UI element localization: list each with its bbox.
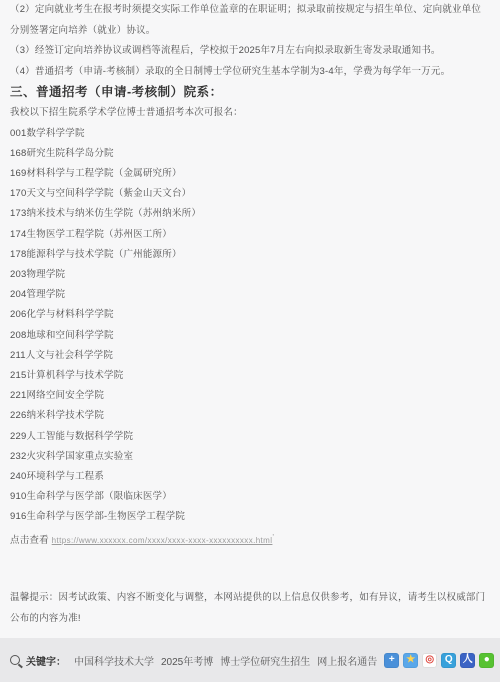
keyword-label: 关键字：	[26, 653, 66, 668]
department-item: 168研究生院科学岛分院	[10, 144, 490, 164]
weibo-icon[interactable]: ◎	[422, 653, 437, 668]
renren-icon[interactable]: 人	[460, 653, 475, 668]
department-item: 206化学与材料科学学院	[10, 305, 490, 325]
department-item: 215计算机科学与技术学院	[10, 366, 490, 386]
department-item: 203物理学院	[10, 265, 490, 285]
keyword-link[interactable]: 博士学位研究生招生	[220, 653, 310, 668]
department-item: 232火灾科学国家重点实验室	[10, 447, 490, 467]
qq-icon[interactable]: Q	[441, 653, 456, 668]
footer-bar: 关键字： 中国科学技术大学 2025年考博 博士学位研究生招生 网上报名通告 +…	[0, 638, 500, 682]
share-more-icon[interactable]: +	[384, 653, 399, 668]
view-more-label: 点击查看	[10, 535, 49, 546]
department-item: 211人文与社会科学学院	[10, 346, 490, 366]
department-item: 204管理学院	[10, 285, 490, 305]
qzone-star-icon[interactable]: ★	[403, 653, 418, 668]
department-item: 001数学科学学院	[10, 124, 490, 144]
department-item: 169材料科学与工程学院（金属研究所）	[10, 164, 490, 184]
department-item: 229人工智能与数据科学学院	[10, 427, 490, 447]
intro-line: 我校以下招生院系学术学位博士普通招考本次可报名：	[10, 103, 490, 124]
department-item: 910生命科学与医学部（限临床医学）	[10, 487, 490, 507]
link-footnote-mark: '	[272, 534, 274, 541]
notice-text: 温馨提示：因考试政策、内容不断变化与调整，本网站提供的以上信息仅供参考，如有异议…	[10, 587, 490, 629]
department-item: 174生物医学工程学院（苏州医工所）	[10, 225, 490, 245]
department-item: 178能源科学与技术学院（广州能源所）	[10, 245, 490, 265]
view-more-link[interactable]: https://www.xxxxxx.com/xxxx/xxxx-xxxx-xx…	[52, 536, 273, 545]
department-item: 170天文与空间科学学院（紫金山天文台）	[10, 184, 490, 204]
view-more-line: 点击查看 https://www.xxxxxx.com/xxxx/xxxx-xx…	[10, 528, 490, 551]
paragraph-tuition: （4）普通招考（申请-考核制）录取的全日制博士学位研究生基本学制为3-4年，学费…	[10, 62, 490, 83]
department-item: 208地球和空间科学学院	[10, 326, 490, 346]
page: （2）定向就业考生在报考时须提交实际工作单位盖章的在职证明；拟录取前按规定与招生…	[0, 0, 500, 682]
keyword-link[interactable]: 2025年考博	[161, 653, 213, 668]
department-item: 221网络空间安全学院	[10, 386, 490, 406]
keyword-link[interactable]: 中国科学技术大学	[74, 653, 154, 668]
department-item: 173纳米技术与纳米仿生学院（苏州纳米所）	[10, 204, 490, 224]
article-content: （2）定向就业考生在报考时须提交实际工作单位盖章的在职证明；拟录取前按规定与招生…	[0, 0, 500, 629]
department-item: 916生命科学与医学部-生物医学工程学院	[10, 507, 490, 527]
keyword-links: 中国科学技术大学 2025年考博 博士学位研究生招生 网上报名通告	[74, 653, 384, 668]
section-heading: 三、普通招考（申请-考核制）院系：	[10, 82, 490, 103]
paragraph-directed-employment: （2）定向就业考生在报考时须提交实际工作单位盖章的在职证明；拟录取前按规定与招生…	[10, 0, 490, 41]
keyword-link[interactable]: 网上报名通告	[317, 653, 377, 668]
search-icon	[10, 655, 20, 665]
share-icons: + ★ ◎ Q 人 ●	[384, 653, 494, 668]
department-list: 001数学科学学院 168研究生院科学岛分院 169材料科学与工程学院（金属研究…	[10, 124, 490, 528]
wechat-icon[interactable]: ●	[479, 653, 494, 668]
department-item: 240环境科学与工程系	[10, 467, 490, 487]
department-item: 226纳米科学技术学院	[10, 406, 490, 426]
paragraph-admission-letter: （3）经签订定向培养协议或调档等流程后，学校拟于2025年7月左右向拟录取新生寄…	[10, 41, 490, 62]
